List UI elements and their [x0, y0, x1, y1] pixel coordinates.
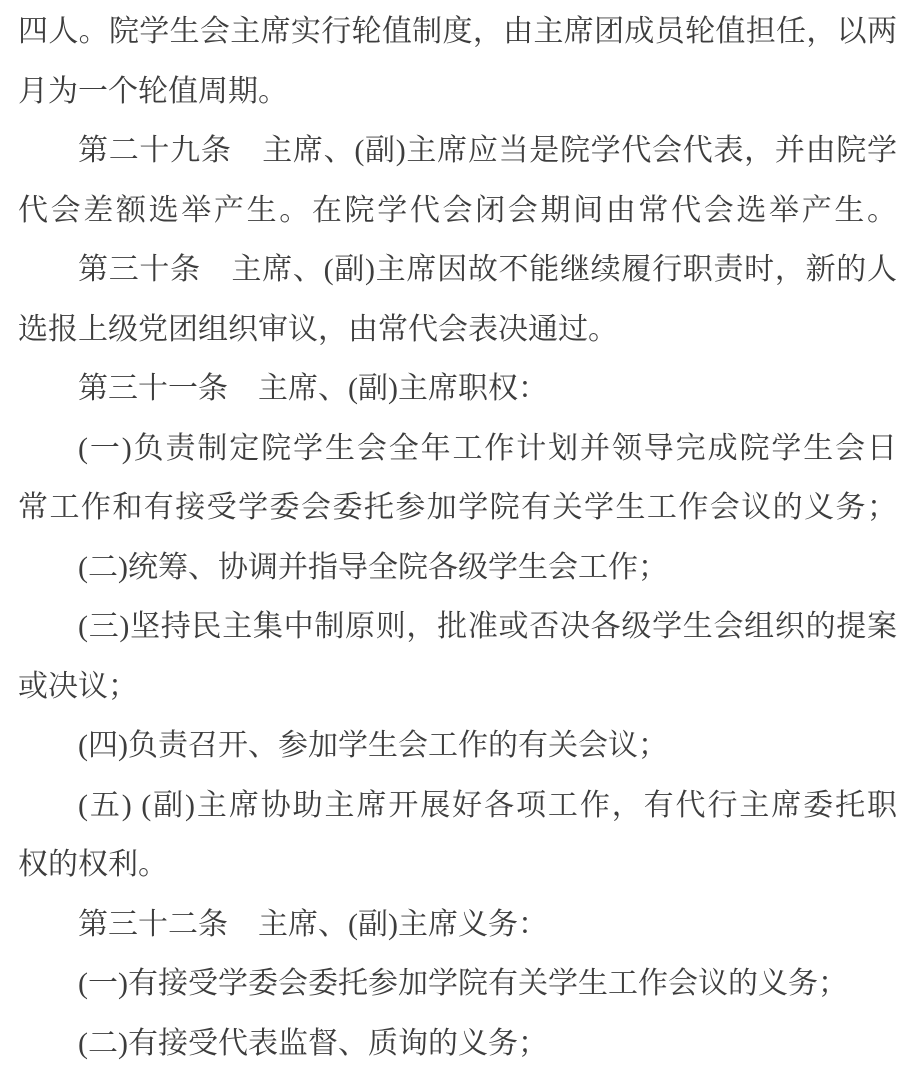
- text-line: 常工作和有接受学委会委托参加学院有关学生工作会议的义务；: [18, 478, 897, 538]
- text-line: (二)统筹、协调并指导全院各级学生会工作；: [18, 538, 897, 598]
- text-line: (四)负责召开、参加学生会工作的有关会议；: [18, 716, 897, 776]
- text-line: 选报上级党团组织审议，由常代会表决通过。: [18, 300, 897, 360]
- text-line: (五) (副)主席协助主席开展好各项工作，有代行主席委托职: [18, 776, 897, 836]
- text-line: (一)负责制定院学生会全年工作计划并领导完成院学生会日: [18, 419, 897, 479]
- text-line: (一)有接受学委会委托参加学院有关学生工作会议的义务；: [18, 954, 897, 1014]
- text-line: 或决议；: [18, 657, 897, 717]
- text-line: 代会差额选举产生。在院学代会闭会期间由常代会选举产生。: [18, 181, 897, 241]
- text-line: 月为一个轮值周期。: [18, 62, 897, 122]
- text-line: (三)坚持民主集中制原则，批准或否决各级学生会组织的提案: [18, 597, 897, 657]
- text-line: (二)有接受代表监督、质询的义务；: [18, 1014, 897, 1074]
- document-page: 四人。院学生会主席实行轮值制度，由主席团成员轮值担任，以两 月为一个轮值周期。 …: [0, 0, 904, 1081]
- text-line: 权的权利。: [18, 835, 897, 895]
- text-line: 第二十九条 主席、(副)主席应当是院学代会代表，并由院学: [18, 121, 897, 181]
- text-line: 第三十二条 主席、(副)主席义务：: [18, 895, 897, 955]
- text-line: 四人。院学生会主席实行轮值制度，由主席团成员轮值担任，以两: [18, 2, 897, 62]
- text-line: 第三十一条 主席、(副)主席职权：: [18, 359, 897, 419]
- text-line: 第三十条 主席、(副)主席因故不能继续履行职责时，新的人: [18, 240, 897, 300]
